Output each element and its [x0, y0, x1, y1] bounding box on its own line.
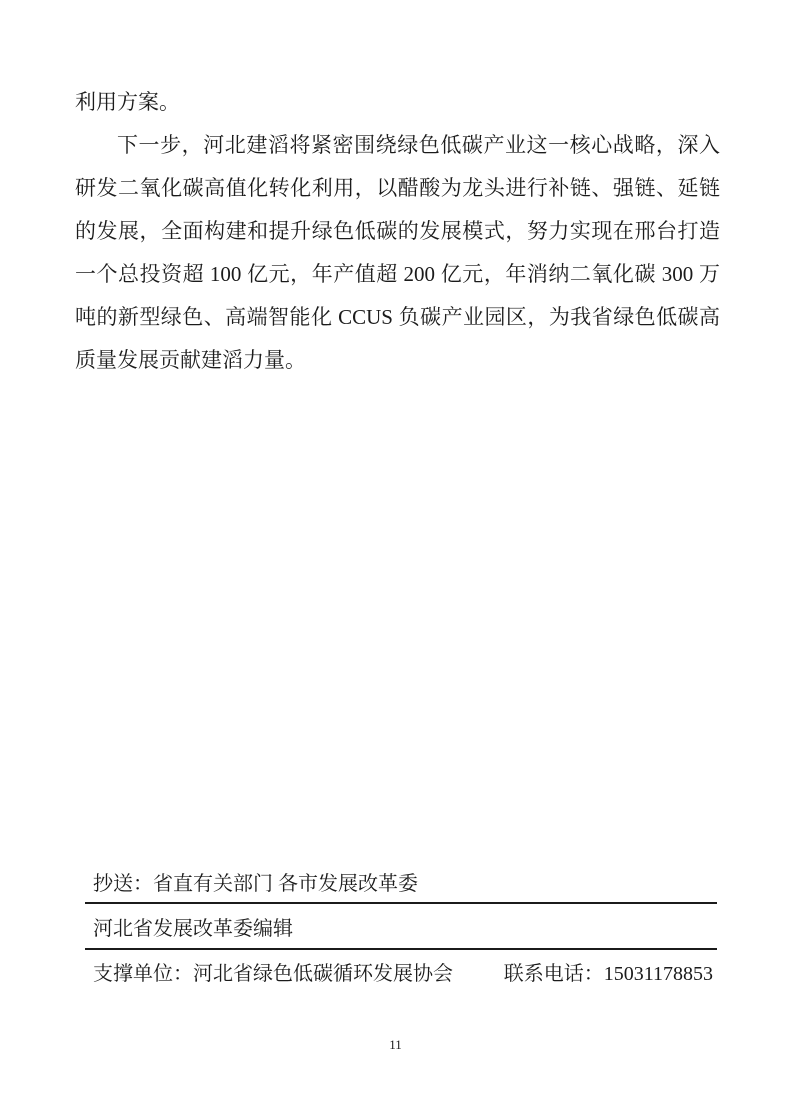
support-contact-line: 支撑单位：河北省绿色低碳循环发展协会 联系电话：15031178853	[85, 950, 717, 992]
editor-line: 河北省发展改革委编辑	[85, 904, 717, 950]
contact-phone-text: 联系电话：15031178853	[504, 957, 713, 986]
cc-distribution-line: 抄送：省直有关部门 各市发展改革委	[85, 861, 717, 904]
page-number: 11	[0, 1037, 791, 1053]
body-paragraph: 下一步，河北建滔将紧密围绕绿色低碳产业这一核心战略，深入研发二氧化碳高值化转化利…	[75, 124, 720, 382]
body-text-block: 利用方案。 下一步，河北建滔将紧密围绕绿色低碳产业这一核心战略，深入研发二氧化碳…	[75, 81, 720, 382]
paragraph-continuation-line: 利用方案。	[75, 81, 720, 124]
support-unit-text: 支撑单位：河北省绿色低碳循环发展协会	[93, 957, 453, 986]
footer-block: 抄送：省直有关部门 各市发展改革委 河北省发展改革委编辑 支撑单位：河北省绿色低…	[85, 861, 717, 992]
cc-distribution-text: 抄送：省直有关部门 各市发展改革委	[93, 867, 418, 896]
editor-text: 河北省发展改革委编辑	[93, 912, 293, 941]
document-page: 利用方案。 下一步，河北建滔将紧密围绕绿色低碳产业这一核心战略，深入研发二氧化碳…	[0, 0, 791, 1120]
